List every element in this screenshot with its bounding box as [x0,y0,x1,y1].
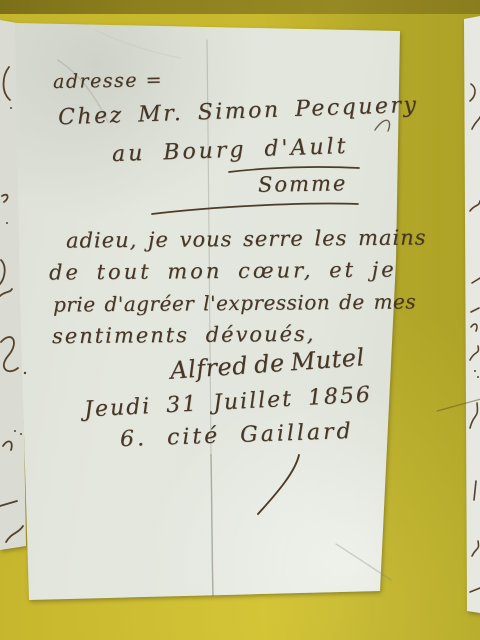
photograph-of-letter: adresse = Chez Mr. Simon Pecquery au Bou… [0,0,480,640]
ink-strokes-layer [0,0,480,640]
ink-fragments-right [470,84,480,592]
ink-underline-somme-top [229,167,359,172]
ink-fragments-left [0,67,26,542]
ink-underline-somme-bottom [152,204,358,214]
ink-signature-flourish [258,120,390,514]
